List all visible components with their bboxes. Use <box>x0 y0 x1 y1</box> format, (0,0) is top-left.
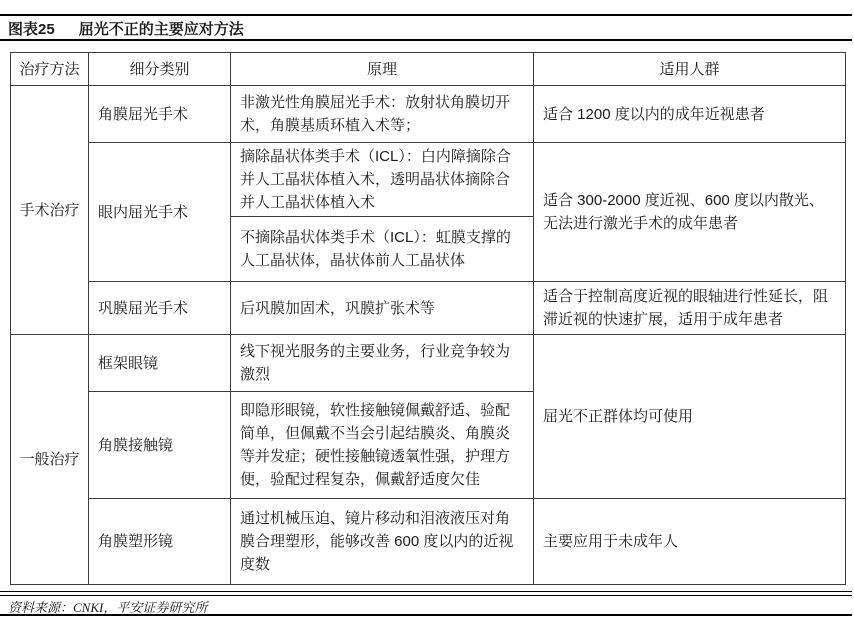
header-cell-treatment-method: 治疗方法 <box>11 53 89 86</box>
cell-intraocular-population: 适合 300-2000 度近视、600 度以内散光、无法进行激光手术的成年患者 <box>534 143 846 282</box>
figure-label: 图表25 <box>8 21 55 38</box>
title-rule <box>0 39 852 41</box>
cell-scleral-category: 巩膜屈光手术 <box>89 282 231 335</box>
cell-ortho-k-population: 主要应用于未成年人 <box>534 499 846 585</box>
cell-intraocular-category: 眼内屈光手术 <box>89 143 231 282</box>
cell-corneal-principle: 非激光性角膜屈光手术：放射状角膜切开术，角膜基质环植入术等； <box>231 86 534 143</box>
cell-scleral-principle: 后巩膜加固术，巩膜扩张术等 <box>231 282 534 335</box>
footer-double-rule <box>0 591 852 596</box>
group-cell-surgery-treatment: 手术治疗 <box>11 86 89 335</box>
group-cell-general-treatment: 一般治疗 <box>11 335 89 585</box>
header-cell-population: 适用人群 <box>534 53 846 86</box>
top-rule <box>0 14 852 16</box>
table-row-corneal-surgery: 手术治疗 角膜屈光手术 非激光性角膜屈光手术：放射状角膜切开术，角膜基质环植入术… <box>11 86 846 143</box>
table-row-frame-glasses: 一般治疗 框架眼镜 线下视光服务的主要业务，行业竞争较为激烈 屈光不正群体均可使… <box>11 335 846 392</box>
bottom-rule <box>0 614 852 616</box>
figure-header: 图表25屈光不正的主要应对方法 <box>8 18 244 39</box>
cell-intraocular-principle-no-removal: 不摘除晶状体类手术（ICL）：虹膜支撑的人工晶状体，晶状体前人工晶状体 <box>231 217 534 282</box>
cell-ortho-k-principle: 通过机械压迫、镜片移动和泪液液压对角膜合理塑形，能够改善 600 度以内的近视度… <box>231 499 534 585</box>
table-header-row: 治疗方法 细分类别 原理 适用人群 <box>11 53 846 86</box>
header-cell-principle: 原理 <box>231 53 534 86</box>
cell-intraocular-principle-removal: 摘除晶状体类手术（ICL）：白内障摘除合并人工晶状体植入术，透明晶状体摘除合并人… <box>231 143 534 217</box>
cell-scleral-population: 适合于控制高度近视的眼轴进行性延长，阻滞近视的快速扩展，适用于成年患者 <box>534 282 846 335</box>
cell-contact-lens-category: 角膜接触镜 <box>89 392 231 499</box>
figure-title: 屈光不正的主要应对方法 <box>79 21 244 38</box>
header-cell-subcategory: 细分类别 <box>89 53 231 86</box>
cell-glasses-contact-population: 屈光不正群体均可使用 <box>534 335 846 499</box>
table-row-intraocular-removal: 眼内屈光手术 摘除晶状体类手术（ICL）：白内障摘除合并人工晶状体植入术，透明晶… <box>11 143 846 217</box>
table-row-scleral-surgery: 巩膜屈光手术 后巩膜加固术，巩膜扩张术等 适合于控制高度近视的眼轴进行性延长，阻… <box>11 282 846 335</box>
report-page: 图表25屈光不正的主要应对方法 治疗方法 细分类别 原理 适用人群 手术治疗 角… <box>0 0 854 625</box>
cell-corneal-population: 适合 1200 度以内的成年近视患者 <box>534 86 846 143</box>
cell-frame-glasses-principle: 线下视光服务的主要业务，行业竞争较为激烈 <box>231 335 534 392</box>
cell-frame-glasses-category: 框架眼镜 <box>89 335 231 392</box>
cell-corneal-category: 角膜屈光手术 <box>89 86 231 143</box>
cell-ortho-k-category: 角膜塑形镜 <box>89 499 231 585</box>
table-row-ortho-k: 角膜塑形镜 通过机械压迫、镜片移动和泪液液压对角膜合理塑形，能够改善 600 度… <box>11 499 846 585</box>
treatment-methods-table: 治疗方法 细分类别 原理 适用人群 手术治疗 角膜屈光手术 非激光性角膜屈光手术… <box>10 52 846 585</box>
cell-contact-lens-principle: 即隐形眼镜，软性接触镜佩戴舒适、验配简单，但佩戴不当会引起结膜炎、角膜炎等并发症… <box>231 392 534 499</box>
